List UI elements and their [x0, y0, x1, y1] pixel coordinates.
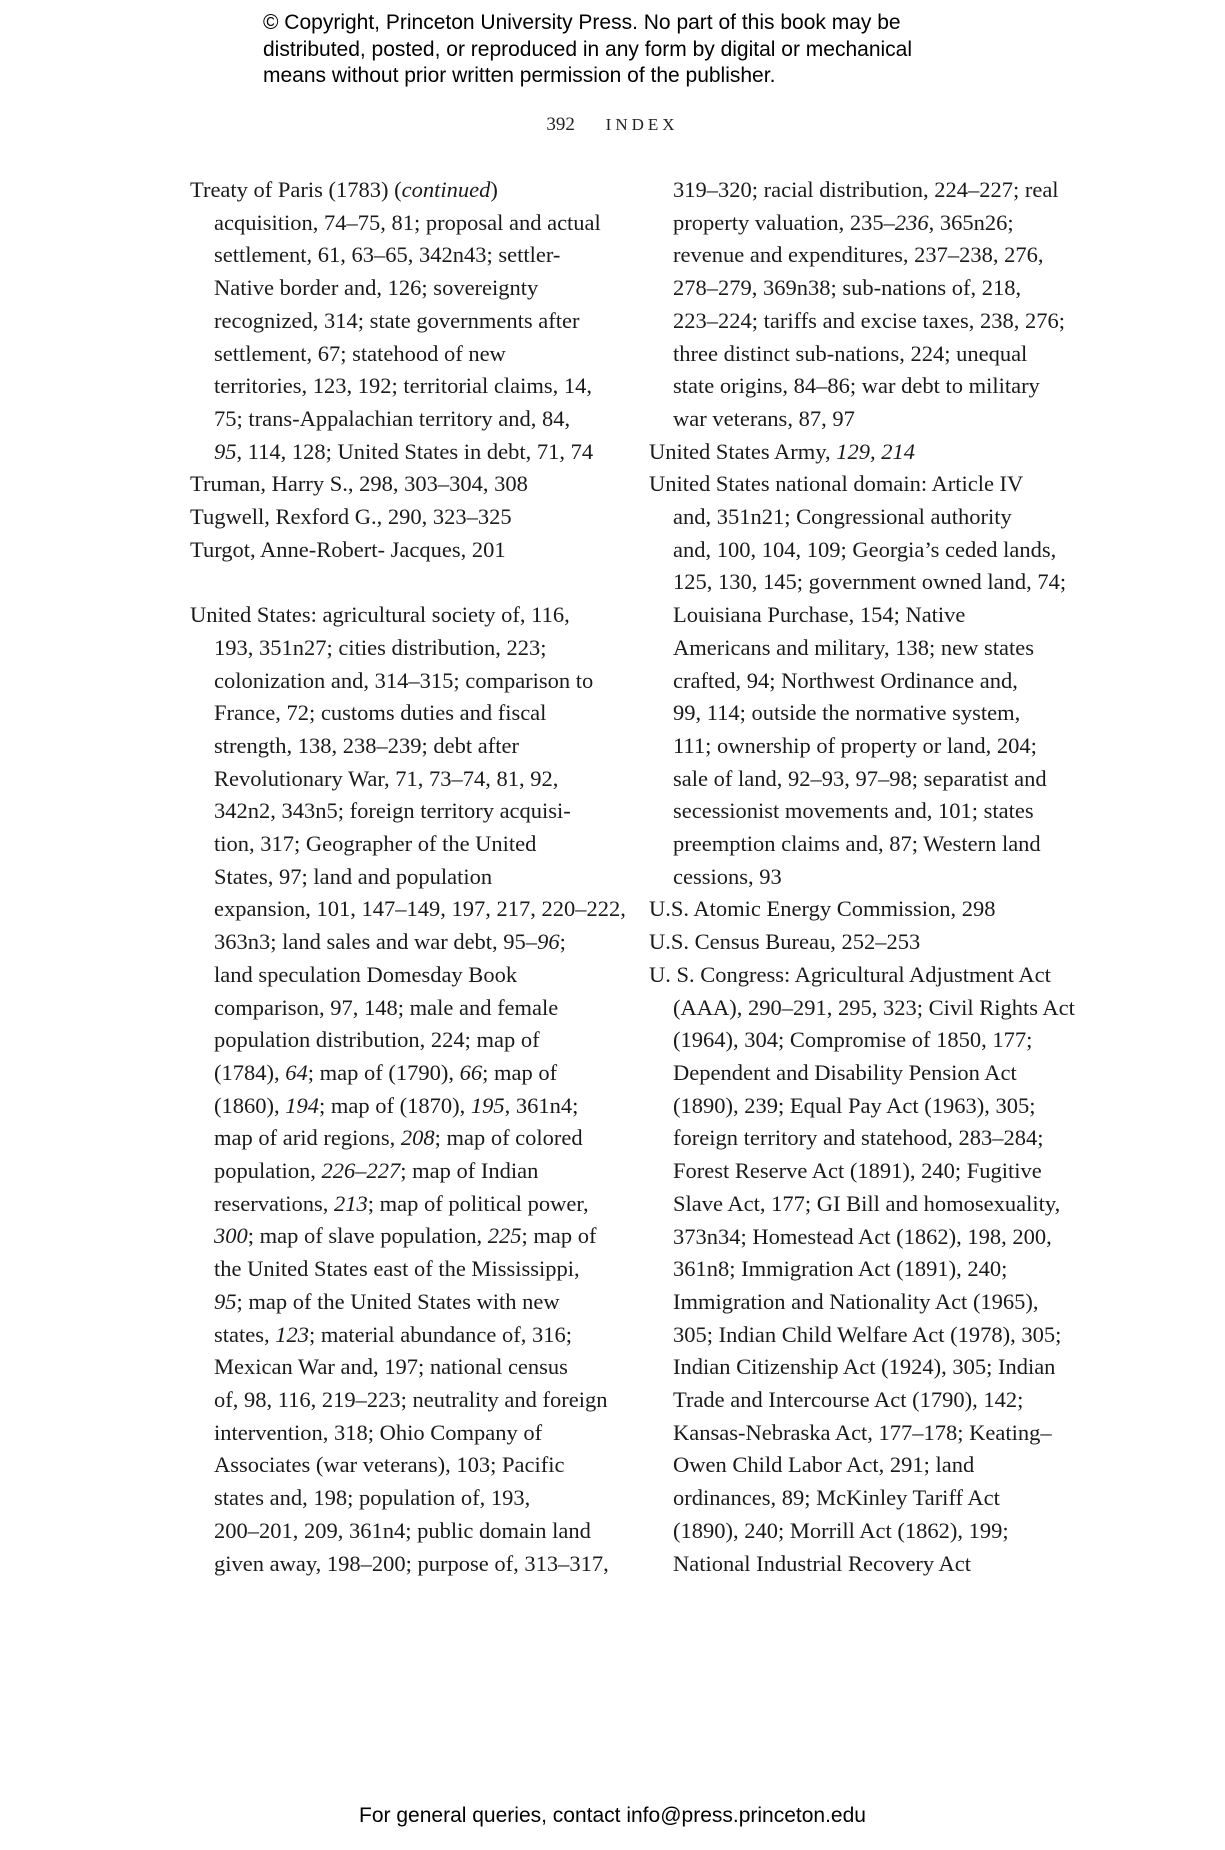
entry-line: and, 100, 104, 109; Georgia’s ceded land… — [649, 534, 1061, 567]
running-head: 392 INDEX — [0, 114, 1225, 136]
entry-line: 125, 130, 145; government owned land, 74… — [649, 566, 1061, 599]
entry-line: Trade and Intercourse Act (1790), 142; — [649, 1384, 1061, 1417]
entry-line: Kansas-Nebraska Act, 177–178; Keating– — [649, 1417, 1061, 1450]
entry-line: Indian Citizenship Act (1924), 305; Indi… — [649, 1351, 1061, 1384]
entry-line: ordinances, 89; McKinley Tariff Act — [649, 1482, 1061, 1515]
entry-line: colonization and, 314–315; comparison to — [190, 665, 602, 698]
entry-line: three distinct sub-nations, 224; unequal — [649, 338, 1061, 371]
entry-line: 363n3; land sales and war debt, 95–96; — [190, 926, 602, 959]
entry-line: and, 351n21; Congressional authority — [649, 501, 1061, 534]
entry-line: 278–279, 369n38; sub-nations of, 218, — [649, 272, 1061, 305]
entry-line: cessions, 93 — [649, 861, 1061, 894]
entry-line: settlement, 61, 63–65, 342n43; settler- — [190, 239, 602, 272]
entry-line: sale of land, 92–93, 97–98; separatist a… — [649, 763, 1061, 796]
entry-line: comparison, 97, 148; male and female — [190, 992, 602, 1025]
entry-line: crafted, 94; Northwest Ordinance and, — [649, 665, 1061, 698]
entry-line: 342n2, 343n5; foreign territory acquisi- — [190, 795, 602, 828]
section-title: INDEX — [606, 115, 679, 134]
entry-heading: U. S. Congress: Agricultural Adjustment … — [649, 959, 1061, 992]
entry-line: population distribution, 224; map of — [190, 1024, 602, 1057]
entry-line: land speculation Domesday Book — [190, 959, 602, 992]
entry-line: (1964), 304; Compromise of 1850, 177; — [649, 1024, 1061, 1057]
index-entry-turgot: Turgot, Anne-Robert- Jacques, 201 — [190, 534, 602, 567]
entry-heading: United States national domain: Article I… — [649, 468, 1061, 501]
index-entry-tugwell: Tugwell, Rexford G., 290, 323–325 — [190, 501, 602, 534]
index-entry-census-bureau: U.S. Census Bureau, 252–253 — [649, 926, 1061, 959]
copyright-line: © Copyright, Princeton University Press.… — [263, 10, 1023, 37]
entry-line: preemption claims and, 87; Western land — [649, 828, 1061, 861]
entry-line: 111; ownership of property or land, 204; — [649, 730, 1061, 763]
entry-line: acquisition, 74–75, 81; proposal and act… — [190, 207, 602, 240]
entry-line: recognized, 314; state governments after — [190, 305, 602, 338]
entry-line: war veterans, 87, 97 — [649, 403, 1061, 436]
entry-line: France, 72; customs duties and fiscal — [190, 697, 602, 730]
entry-heading: United States: agricultural society of, … — [190, 599, 602, 632]
letter-group-divider — [190, 566, 602, 599]
entry-line: given away, 198–200; purpose of, 313–317… — [190, 1548, 602, 1581]
entry-line: revenue and expenditures, 237–238, 276, — [649, 239, 1061, 272]
entry-line: (1890), 239; Equal Pay Act (1963), 305; — [649, 1090, 1061, 1123]
entry-line: (1890), 240; Morrill Act (1862), 199; — [649, 1515, 1061, 1548]
index-entry-atomic-energy-commission: U.S. Atomic Energy Commission, 298 — [649, 893, 1061, 926]
copyright-notice: © Copyright, Princeton University Press.… — [263, 10, 1023, 90]
entry-line: 99, 114; outside the normative system, — [649, 697, 1061, 730]
entry-line: foreign territory and statehood, 283–284… — [649, 1122, 1061, 1155]
entry-line: 193, 351n27; cities distribution, 223; — [190, 632, 602, 665]
entry-line: states, 123; material abundance of, 316; — [190, 1319, 602, 1352]
entry-line: Dependent and Disability Pension Act — [649, 1057, 1061, 1090]
copyright-line: distributed, posted, or reproduced in an… — [263, 37, 1023, 64]
entry-line: Louisiana Purchase, 154; Native — [649, 599, 1061, 632]
entry-line: tion, 317; Geographer of the United — [190, 828, 602, 861]
copyright-line: means without prior written permission o… — [263, 63, 1023, 90]
entry-line: 95; map of the United States with new — [190, 1286, 602, 1319]
contact-footer: For general queries, contact info@press.… — [0, 1804, 1225, 1828]
entry-line: National Industrial Recovery Act — [649, 1548, 1061, 1581]
entry-line: Immigration and Nationality Act (1965), — [649, 1286, 1061, 1319]
entry-line: States, 97; land and population — [190, 861, 602, 894]
entry-line: of, 98, 116, 219–223; neutrality and for… — [190, 1384, 602, 1417]
entry-line: 95, 114, 128; United States in debt, 71,… — [190, 436, 602, 469]
index-entry-treaty-of-paris: Treaty of Paris (1783) (continued) acqui… — [190, 174, 602, 468]
entry-line: (1784), 64; map of (1790), 66; map of — [190, 1057, 602, 1090]
entry-line: 373n34; Homestead Act (1862), 198, 200, — [649, 1221, 1061, 1254]
entry-line: Mexican War and, 197; national census — [190, 1351, 602, 1384]
entry-line: map of arid regions, 208; map of colored — [190, 1122, 602, 1155]
entry-line: territories, 123, 192; territorial claim… — [190, 370, 602, 403]
entry-line: the United States east of the Mississipp… — [190, 1253, 602, 1286]
entry-line: intervention, 318; Ohio Company of — [190, 1417, 602, 1450]
entry-line: expansion, 101, 147–149, 197, 217, 220–2… — [190, 893, 602, 926]
entry-line: strength, 138, 238–239; debt after — [190, 730, 602, 763]
index-entry-united-states-continued: 319–320; racial distribution, 224–227; r… — [649, 174, 1061, 436]
entry-line: 361n8; Immigration Act (1891), 240; — [649, 1253, 1061, 1286]
entry-line: (AAA), 290–291, 295, 323; Civil Rights A… — [649, 992, 1061, 1025]
entry-line: Owen Child Labor Act, 291; land — [649, 1449, 1061, 1482]
entry-line: Forest Reserve Act (1891), 240; Fugitive — [649, 1155, 1061, 1188]
entry-line: 75; trans-Appalachian territory and, 84, — [190, 403, 602, 436]
entry-line: 305; Indian Child Welfare Act (1978), 30… — [649, 1319, 1061, 1352]
index-entry-truman: Truman, Harry S., 298, 303–304, 308 — [190, 468, 602, 501]
entry-line: states and, 198; population of, 193, — [190, 1482, 602, 1515]
entry-line: Slave Act, 177; GI Bill and homosexualit… — [649, 1188, 1061, 1221]
index-column-left: Treaty of Paris (1783) (continued) acqui… — [190, 174, 602, 1580]
entry-line: secessionist movements and, 101; states — [649, 795, 1061, 828]
index-column-right: 319–320; racial distribution, 224–227; r… — [649, 174, 1061, 1580]
entry-line: reservations, 213; map of political powe… — [190, 1188, 602, 1221]
entry-line: state origins, 84–86; war debt to milita… — [649, 370, 1061, 403]
page-number: 392 — [546, 114, 575, 135]
entry-line: 223–224; tariffs and excise taxes, 238, … — [649, 305, 1061, 338]
entry-heading: Treaty of Paris (1783) (continued) — [190, 174, 602, 207]
entry-line: 300; map of slave population, 225; map o… — [190, 1220, 602, 1253]
index-entry-us-army: United States Army, 129, 214 — [649, 436, 1061, 469]
entry-line: Americans and military, 138; new states — [649, 632, 1061, 665]
entry-line: Revolutionary War, 71, 73–74, 81, 92, — [190, 763, 602, 796]
entry-line: property valuation, 235–236, 365n26; — [649, 207, 1061, 240]
entry-line: (1860), 194; map of (1870), 195, 361n4; — [190, 1090, 602, 1123]
index-entry-us-congress: U. S. Congress: Agricultural Adjustment … — [649, 959, 1061, 1580]
entry-line: Native border and, 126; sovereignty — [190, 272, 602, 305]
entry-line: 200–201, 209, 361n4; public domain land — [190, 1515, 602, 1548]
entry-line: settlement, 67; statehood of new — [190, 338, 602, 371]
index-entry-united-states: United States: agricultural society of, … — [190, 599, 602, 1580]
entry-line: 319–320; racial distribution, 224–227; r… — [649, 174, 1061, 207]
index-entry-national-domain: United States national domain: Article I… — [649, 468, 1061, 893]
entry-line: Associates (war veterans), 103; Pacific — [190, 1449, 602, 1482]
entry-line: population, 226–227; map of Indian — [190, 1155, 602, 1188]
